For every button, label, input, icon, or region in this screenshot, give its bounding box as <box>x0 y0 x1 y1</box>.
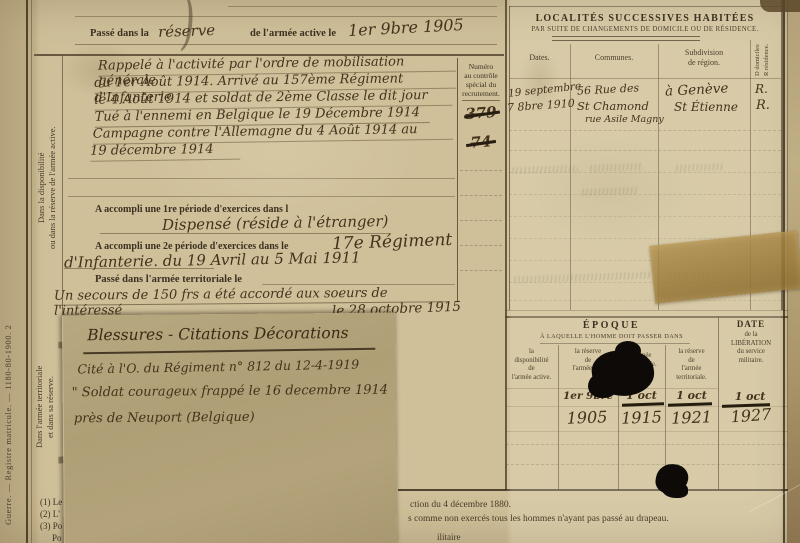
footnote-left: Po <box>52 533 62 543</box>
period2-line2: d'Infanterie. du 19 Avril au 5 Mai 1911 <box>64 248 361 271</box>
rule <box>460 245 502 246</box>
page-corner-shadow <box>760 0 800 12</box>
rule <box>509 150 781 151</box>
ink-blot <box>662 482 688 498</box>
card-citation-line: Cité à l'O. du Régiment n° 812 du 12-4-1… <box>77 357 359 377</box>
sidebar-brace: } <box>52 328 62 468</box>
rule <box>460 220 502 221</box>
rule <box>506 431 790 432</box>
epoque-year-1: 1905 <box>556 407 619 428</box>
localites-subtitle: PAR SUITE DE CHANGEMENTS DE DOMICILE OU … <box>509 26 781 33</box>
epoque-month-4: 1 oct <box>720 390 780 403</box>
rule <box>75 44 497 45</box>
card-title: Blessures - Citations Décorations <box>87 324 349 344</box>
epoque-col4-header: la réserve de l'armée territoriale. <box>665 348 718 382</box>
card-citation-line: " Soldat courageux frappé le 16 decembre… <box>72 383 389 401</box>
top-hw-reserve: réserve <box>158 21 216 41</box>
localites-header-communes: Communes. <box>570 53 658 62</box>
top-printed-suffix: de l'armée active le <box>250 28 336 39</box>
epoque-month-3: 1 oct <box>665 389 718 402</box>
rule <box>540 343 690 344</box>
spine-note: Guerre. — Registre matricule. — 1180-80-… <box>3 55 18 525</box>
rule <box>505 310 791 311</box>
localites-r1-subdivision: à Genève <box>665 80 729 99</box>
localites-r1-dr: R. <box>755 82 768 96</box>
tape-patch <box>649 230 800 303</box>
epoque-date-title: DATE <box>718 319 784 329</box>
sidebar-label-active: Dans la disponibilité ou dans la réserve… <box>36 62 58 314</box>
footnote-left: (1) Le <box>40 497 62 507</box>
rule <box>506 464 790 465</box>
faint-pencil-entry <box>674 163 724 172</box>
rule <box>462 100 500 101</box>
localites-title: LOCALITÉS SUCCESSIVES HABITÉES <box>509 13 781 24</box>
rule <box>228 6 497 7</box>
epoque-date-subtitle: de la LIBÉRATION du service militaire. <box>718 331 784 365</box>
localites-r2-commune2: rue Asile Magny <box>585 114 664 125</box>
card-title-underline <box>83 348 375 355</box>
rule <box>506 444 790 445</box>
rule <box>460 170 502 171</box>
localites-header-dr: D domiciles R résidence. <box>753 42 777 78</box>
content-left-rule <box>62 56 63 316</box>
footnote-right-2: s comme non exercés tous les hommes n'ay… <box>408 514 669 524</box>
rule <box>68 196 455 197</box>
faint-pencil-entry <box>588 163 643 172</box>
epoque-year-4: 1927 <box>719 404 782 427</box>
epoque-bottom-border <box>398 489 791 491</box>
localites-r2-commune: St Chamond <box>577 99 649 113</box>
main-divider <box>505 0 507 490</box>
rule <box>509 130 781 131</box>
mobilisation-line: 19 décembre 1914 <box>90 142 240 162</box>
localites-header-subdivision: Subdivision de région. <box>658 48 750 67</box>
ink-blot <box>588 372 618 398</box>
top-printed-prefix: Passé dans la <box>90 28 149 39</box>
localites-left-border <box>509 6 510 310</box>
footnote-right-3: ilitaire <box>437 532 461 542</box>
epoque-year-3: 1921 <box>665 407 719 428</box>
rule <box>509 194 781 195</box>
ink-blot <box>615 341 641 361</box>
margin-rule-outer <box>26 0 28 543</box>
epoque-title: ÉPOQUE <box>505 320 718 331</box>
epoque-top-border <box>505 316 791 318</box>
localites-r2-subdivision: St Étienne <box>674 100 738 114</box>
territoriale-printed: Passé dans l'armée territoriale le <box>95 274 242 285</box>
footnote-left: (2) L' <box>40 509 60 519</box>
top-hw-date: 1er 9bre 1905 <box>348 15 465 40</box>
rule <box>509 300 781 301</box>
card-citation-line: près de Neuport (Belgique) <box>74 410 255 427</box>
registre-matricule-page: Guerre. — Registre matricule. — 1180-80-… <box>0 0 800 543</box>
localites-r2-dr: R. <box>756 98 770 113</box>
rule <box>68 178 455 179</box>
footnote-right-1: ction du 4 décembre 1880. <box>410 500 511 510</box>
numero-header: Numéro au contrôle spécial du recrutemen… <box>458 62 504 98</box>
localites-title-rule <box>552 36 700 41</box>
epoque-year-2: 1915 <box>618 407 666 428</box>
blessures-card: Blessures - Citations Décorations Cité à… <box>62 313 397 543</box>
margin-rule-inner <box>31 0 32 543</box>
footnote-left: (3) Po <box>40 521 62 531</box>
localites-r1-commune: 56 Rue des <box>577 81 640 97</box>
localites-top-border <box>509 6 781 7</box>
mobilisation-line: Campagne contre l'Allemagne du 4 Août 19… <box>93 122 453 145</box>
period1-handwritten: Dispensé (réside à l'étranger) <box>162 212 389 234</box>
rule <box>460 195 502 196</box>
localites-r2-date: 7 8bre 1910 <box>507 97 576 115</box>
epoque-col1-header: la disponibilité de l'armée active. <box>505 348 558 382</box>
localites-header-dates: Dates. <box>509 53 570 62</box>
epoque-subtitle: À LAQUELLE L'HOMME DOIT PASSER DANS <box>505 333 718 340</box>
rule <box>460 270 502 271</box>
rule <box>509 78 781 79</box>
rule <box>509 216 781 217</box>
